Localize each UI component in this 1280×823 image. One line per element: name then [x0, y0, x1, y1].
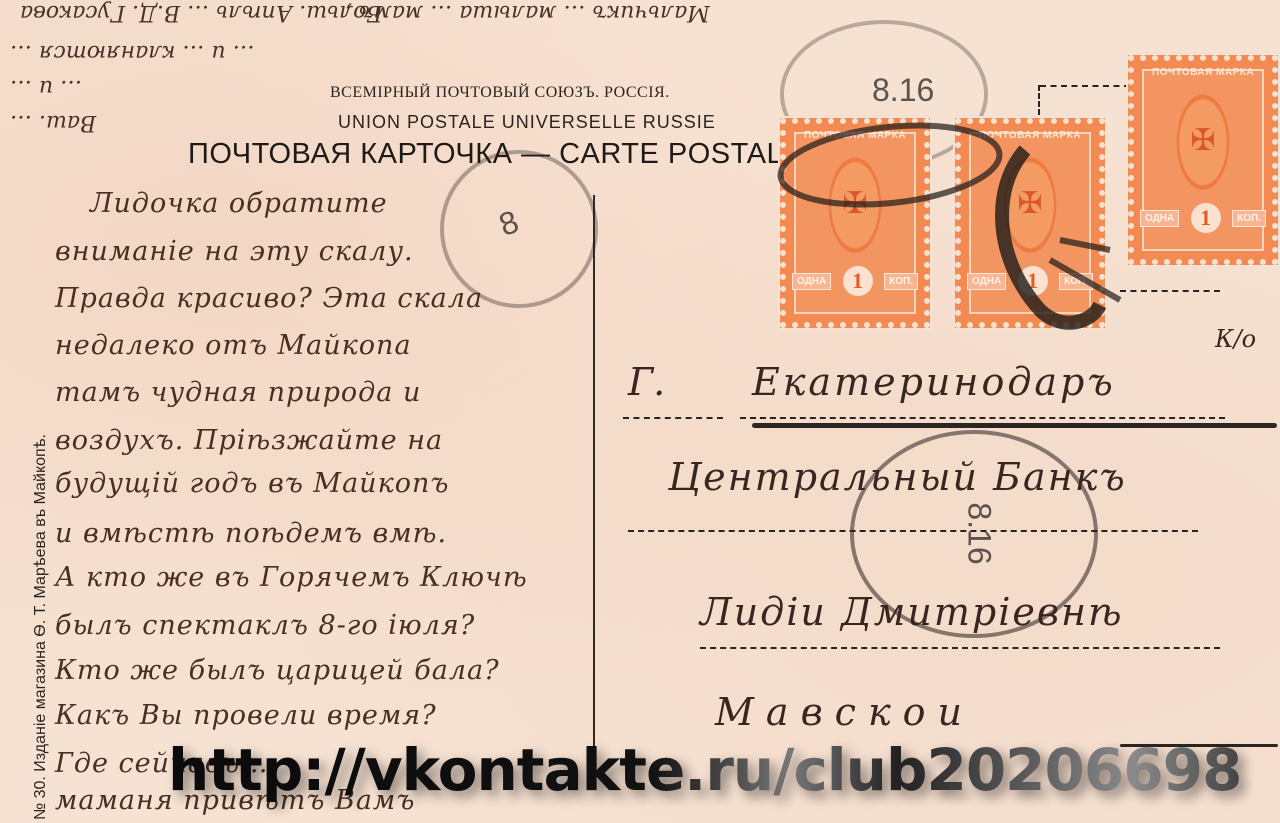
header-union-french: UNION POSTALE UNIVERSELLE RUSSIE: [338, 112, 716, 133]
stamp-value-number: 1: [1191, 203, 1221, 233]
postage-stamp: ПОЧТОВАЯ МАРКА✠ОДНА1КОП.: [1128, 55, 1278, 265]
double-headed-eagle-icon: ✠: [1134, 123, 1272, 158]
message-line: недалеко отъ Майкопа: [55, 330, 412, 361]
address-line-1-dots-a: [623, 417, 723, 419]
divider-line: [593, 195, 595, 755]
message-line: и вмѣстѣ поѣдемъ вмѣ.: [55, 518, 447, 549]
message-line: А кто же въ Горячемъ Ключѣ: [55, 562, 528, 593]
message-line: тамъ чудная природа и: [55, 377, 421, 408]
message-line: будущій годъ въ Майкопъ: [55, 468, 449, 499]
address-surname: Мавскои: [715, 690, 974, 734]
message-line: Какъ Вы провели время?: [55, 700, 437, 731]
address-city: Екатеринодаръ: [752, 360, 1116, 404]
stamp-box-border: [1040, 85, 1130, 87]
upside-note-3: … и … кланяются …: [10, 40, 255, 65]
address-city-prefix: Г.: [628, 360, 665, 404]
publisher-imprint: № 30. Изданіе магазина Ѳ. Т. Марѣева въ …: [32, 140, 50, 820]
address-bank: Центральный Банкъ: [668, 455, 1127, 499]
message-line: Правда красиво? Эта скала: [55, 283, 483, 314]
message-line: Кто же былъ царицей бала?: [55, 655, 500, 686]
postmark-address-date: 8.16: [961, 502, 998, 564]
upside-note-4: … и …: [10, 75, 82, 100]
address-underline: [752, 423, 1277, 428]
address-note: К/о: [1215, 325, 1256, 353]
address-line-3-dots: [700, 647, 1220, 649]
watermark-url: http://vkontakte.ru/club20206698: [168, 736, 1241, 804]
stamp-value-unit: КОП.: [1232, 210, 1266, 227]
upside-note-5: Ваш. …: [10, 110, 96, 135]
address-line-2-dots: [628, 530, 1198, 532]
header-union-russian: ВСЕМІРНЫЙ ПОЧТОВЫЙ СОЮЗЪ. РОССІЯ.: [330, 84, 670, 102]
upside-note-2: Мальчикъ … малыша … мамъ ,: [345, 0, 710, 25]
address-recipient: Лидіи Дмитріевнѣ: [700, 590, 1124, 634]
cancellation-marks: [770, 110, 1150, 350]
message-line: Лидочка обратите: [90, 188, 388, 219]
address-line-1-dots-b: [740, 417, 1225, 419]
stamp-label: ПОЧТОВАЯ МАРКА: [1134, 67, 1272, 78]
message-line: вниманіе на эту скалу.: [55, 236, 414, 267]
postmark-top-date: 8.16: [872, 72, 934, 109]
message-line: былъ спектаклъ 8-го іюля?: [55, 610, 475, 641]
upside-note-1: Больш. Апѣль … В.Д. Гусакова: [20, 0, 383, 25]
message-line: воздухъ. Пріѣзжайте на: [55, 425, 443, 456]
